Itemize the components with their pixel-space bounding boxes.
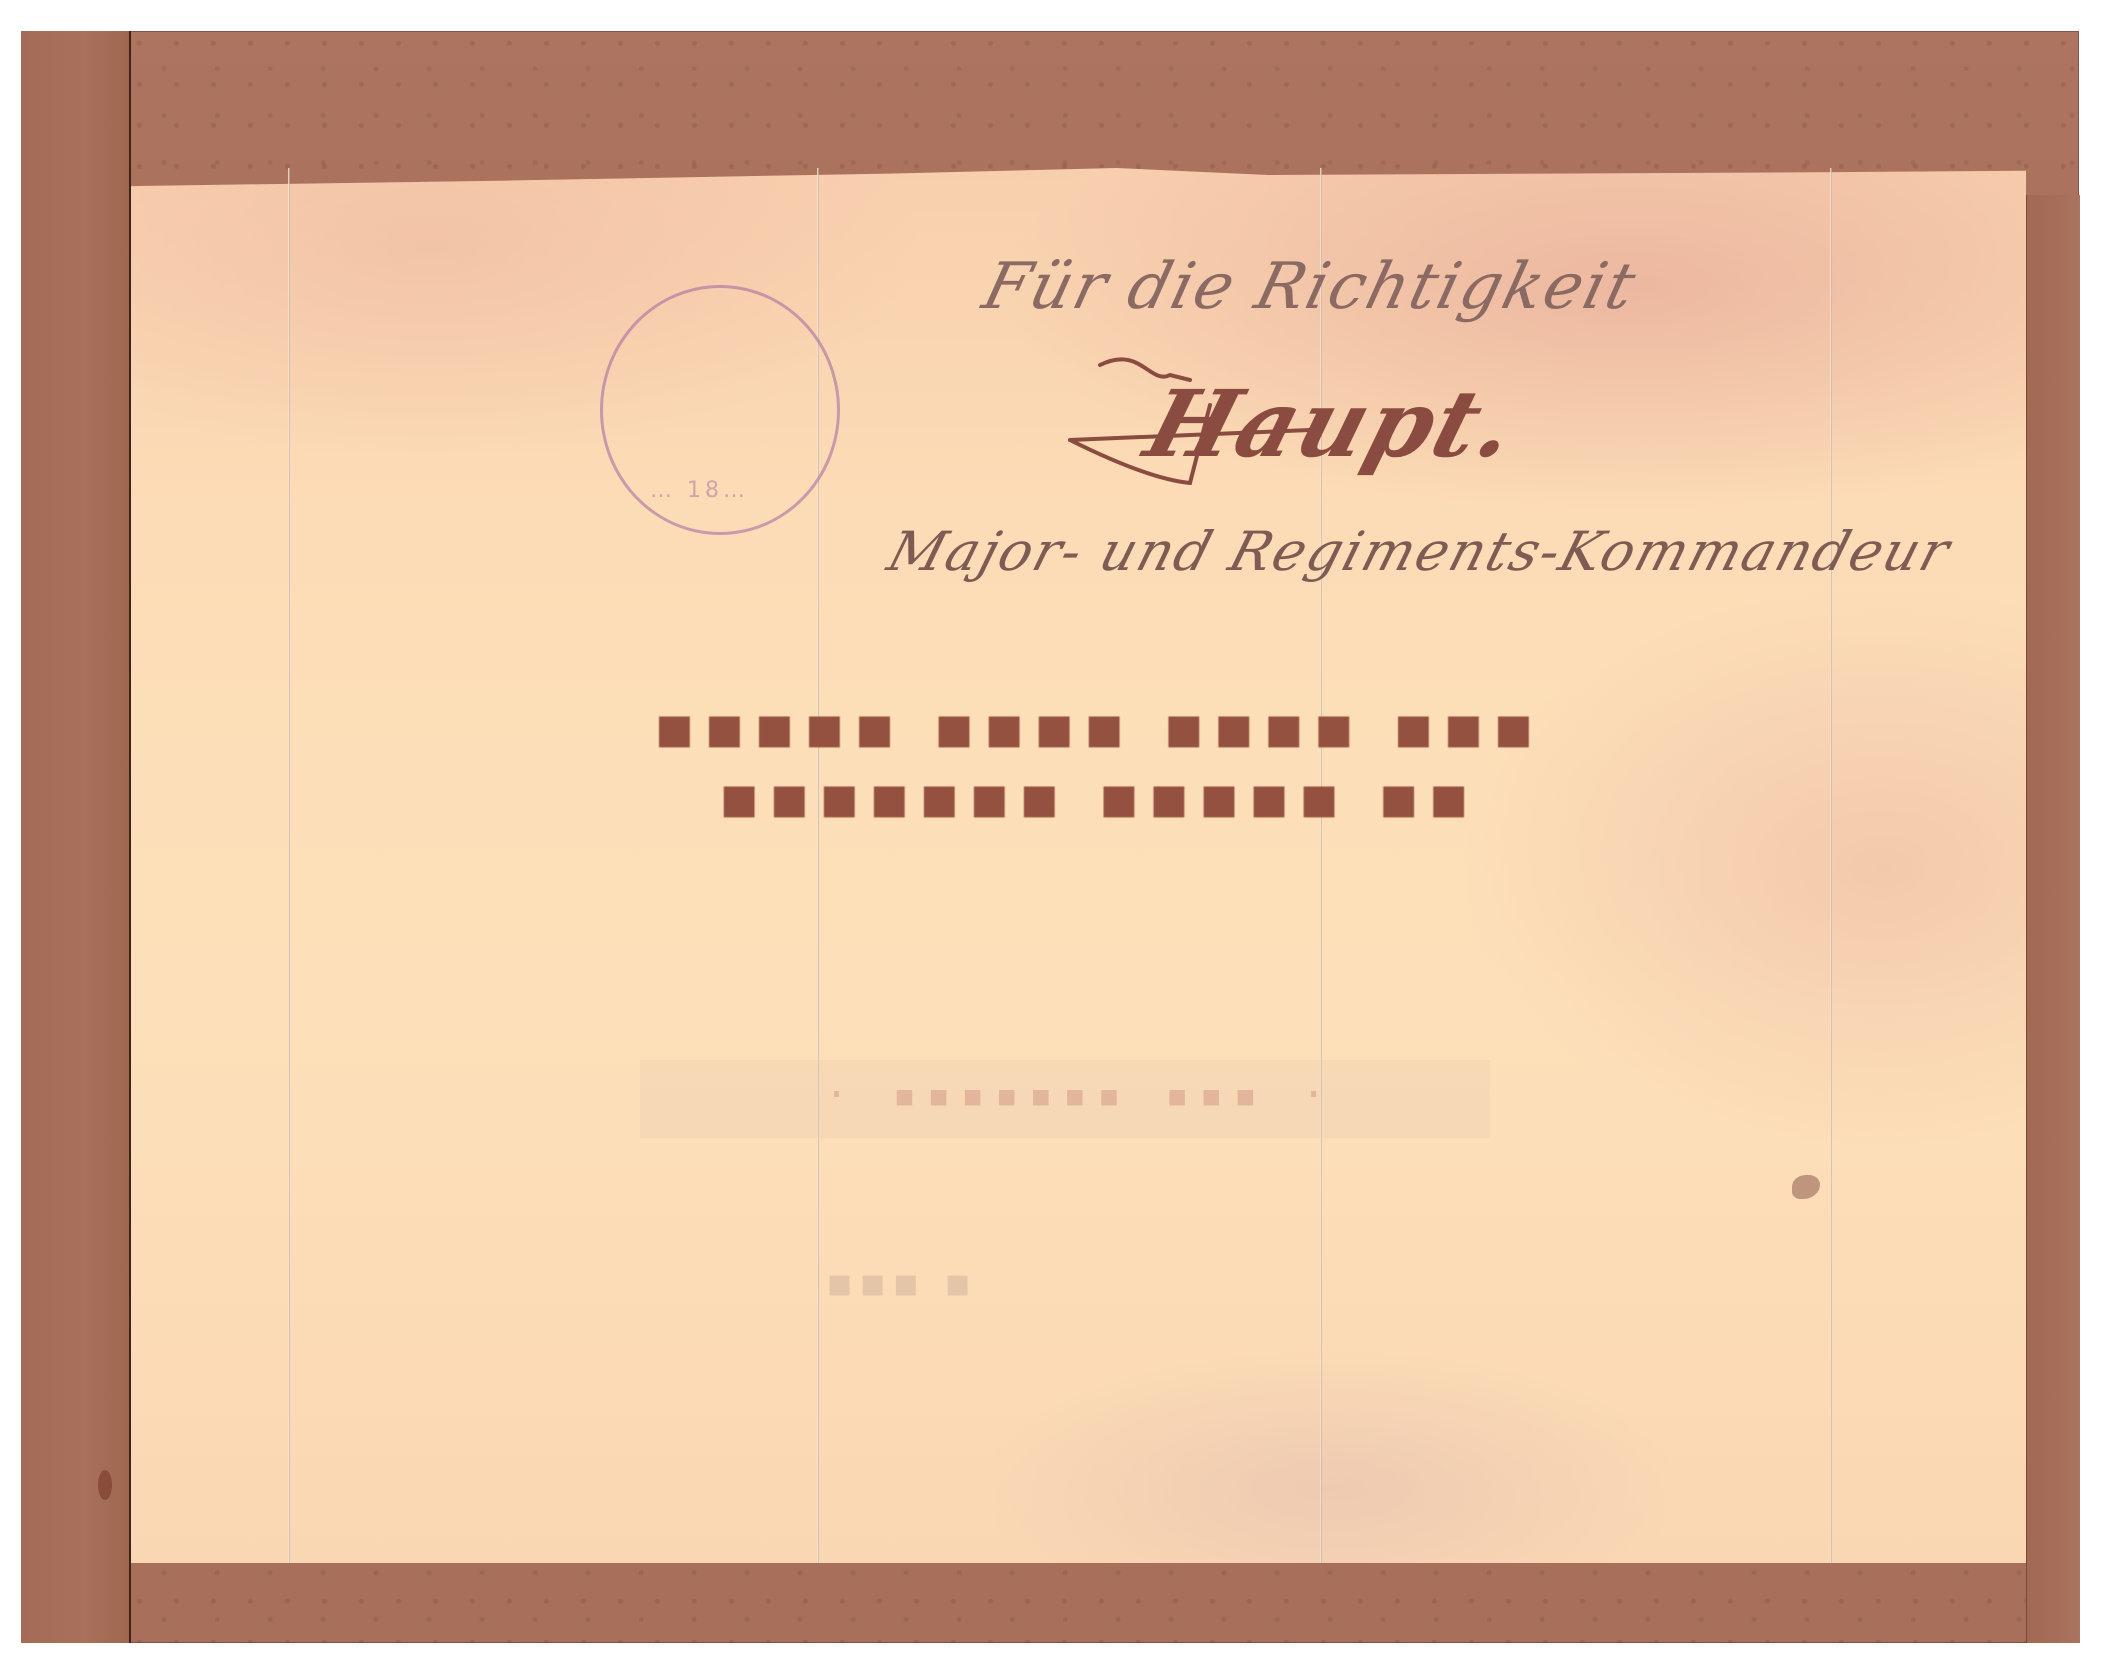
faint-bottom-print: ▪ ▪▪▪	[820, 1260, 971, 1306]
bleed-through-text-line-1: ▪▪▪ ▪▪▪▪ ▪▪▪▪ ▪▪▪▪▪	[500, 690, 1680, 763]
rank-title-handwriting: Major- und Regiments-Kommandeur	[881, 520, 1958, 583]
fold-line	[1830, 168, 1832, 1563]
stain-mark	[98, 1470, 112, 1500]
mount-strip-right	[2026, 195, 2080, 1643]
certification-handwriting: Für die Richtigkeit	[976, 250, 1644, 324]
fold-line	[288, 168, 290, 1563]
signature-haupt: Haupt.	[1135, 370, 1530, 478]
faint-boxed-print: · ▪▪▪ ▪▪▪▪▪▪▪ ·	[660, 1072, 1480, 1118]
document-scan: … 18… Für die Richtigkeit Haupt. Major- …	[0, 0, 2112, 1669]
mount-strip-left	[21, 31, 131, 1643]
bleed-through-text-line-2: ▪▪ ▪▪▪▪▪ ▪▪▪▪▪▪▪	[540, 760, 1640, 833]
stamp-date-text: … 18…	[650, 478, 749, 503]
